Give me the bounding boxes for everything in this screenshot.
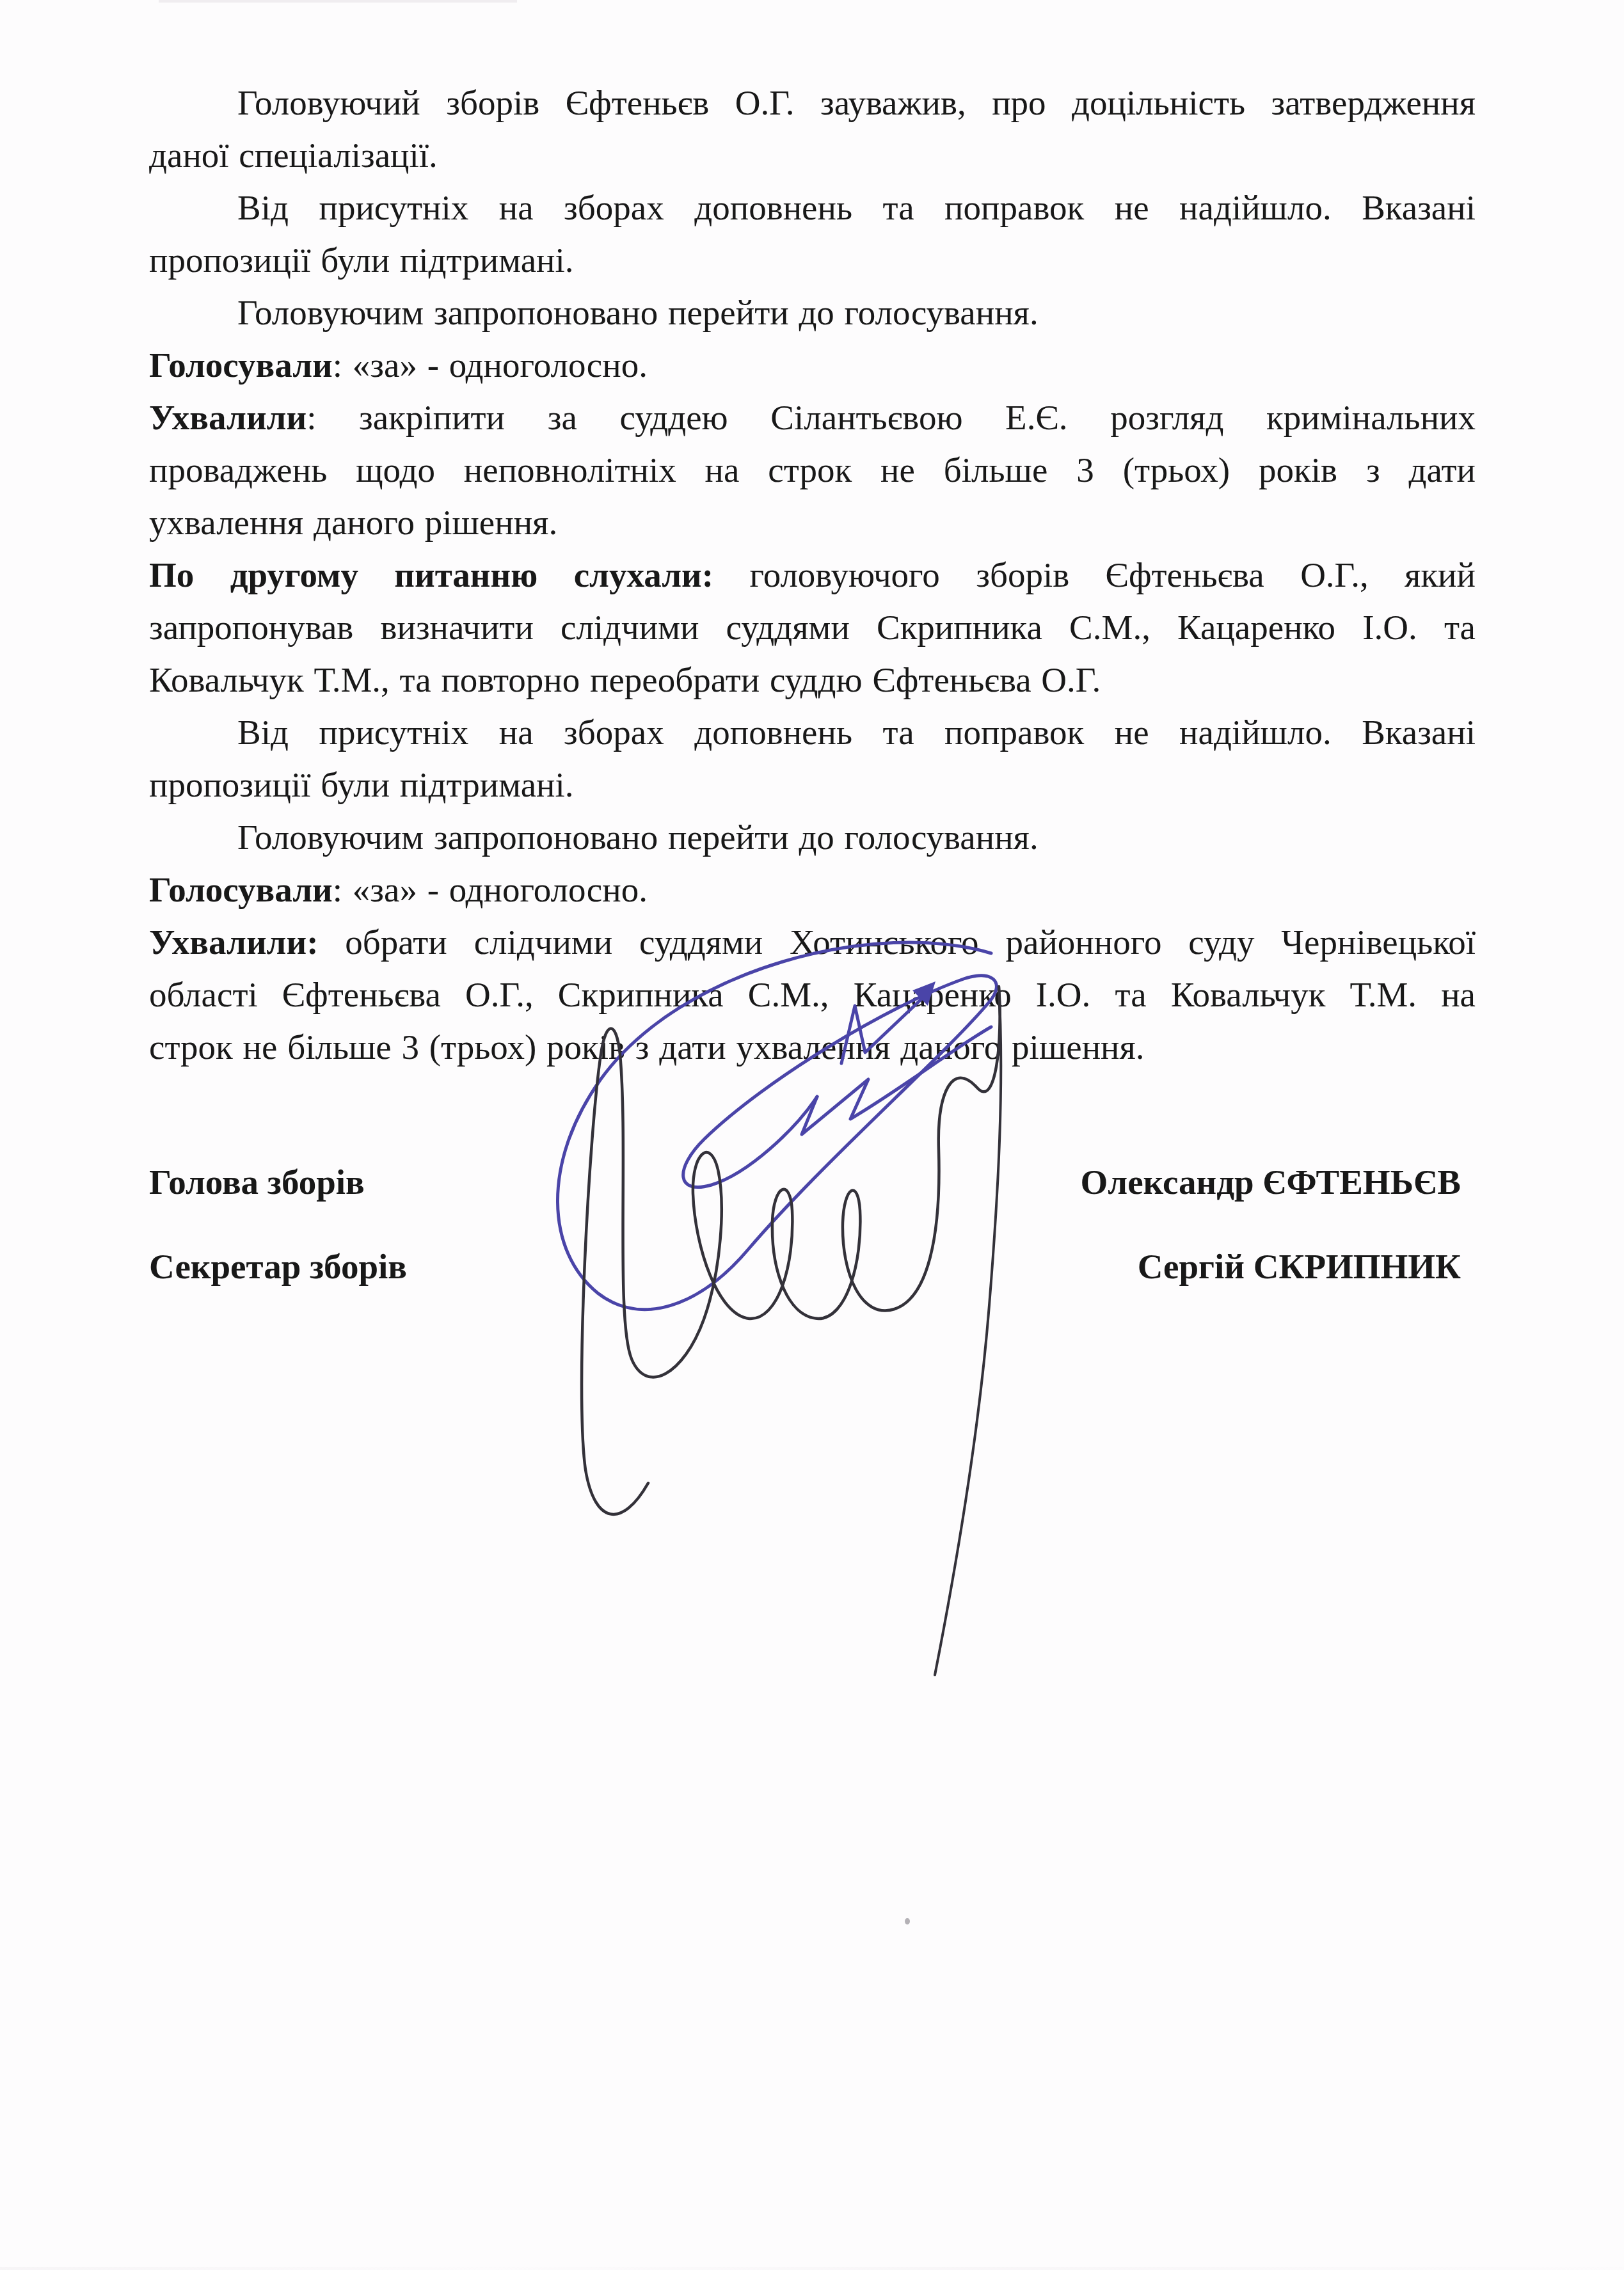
line-text: Головуючим запропоновано перейти до голо… [237, 818, 1039, 857]
line-text: Від присутніх на зборах доповнень та поп… [237, 713, 1476, 752]
line-text: запропонував визначити слідчими суддями … [149, 608, 1476, 647]
signature-stroke-black-tail [935, 987, 1001, 1675]
bold-lead: Ухвалили: [149, 923, 318, 962]
line-text: проваджень щодо неповнолітніх на строк н… [149, 450, 1476, 489]
signature-row-head: Голова зборів Олександр ЄФТЕНЬЄВ [149, 1161, 1461, 1203]
line-text: Ковальчук Т.М., та повторно переобрати с… [149, 660, 1101, 699]
line-text: Головуючий зборів Єфтеньєв О.Г. зауважив… [237, 83, 1476, 122]
line-text: пропозиції були підтримані. [149, 241, 574, 280]
line-text: : «за» - одноголосно. [333, 345, 648, 385]
bold-lead: Ухвалили [149, 398, 306, 437]
text-line: ухвалення даного рішення. [149, 496, 1476, 549]
text-line: пропозиції були підтримані. [149, 759, 1476, 811]
ink-dot-artifact [905, 1918, 910, 1925]
text-line: області Єфтеньєва О.Г., Скрипника С.М., … [149, 969, 1476, 1021]
role-label-secretary: Секретар зборів [149, 1246, 407, 1288]
scanned-document-page: Головуючий зборів Єфтеньєв О.Г. зауважив… [0, 0, 1624, 2270]
role-label-head: Голова зборів [149, 1161, 365, 1203]
text-line: даної спеціалізації. [149, 129, 1476, 182]
text-line: Голосували: «за» - одноголосно. [149, 864, 1476, 916]
line-text: області Єфтеньєва О.Г., Скрипника С.М., … [149, 975, 1476, 1014]
line-text: головуючого зборів Єфтеньєва О.Г., який [713, 555, 1476, 594]
line-text: Головуючим запропоновано перейти до голо… [237, 293, 1039, 332]
text-line: строк не більше 3 (трьох) років з дати у… [149, 1021, 1476, 1074]
text-line: По другому питанню слухали: головуючого … [149, 549, 1476, 601]
text-line: Головуючим запропоновано перейти до голо… [149, 287, 1476, 339]
line-text: даної спеціалізації. [149, 136, 438, 175]
line-text: обрати слідчими суддями Хотинського райо… [318, 923, 1476, 962]
protocol-text-block: Головуючий зборів Єфтеньєв О.Г. зауважив… [149, 77, 1476, 1074]
text-line: Від присутніх на зборах доповнень та поп… [149, 182, 1476, 234]
line-text: ухвалення даного рішення. [149, 503, 557, 542]
text-line: Головуючим запропоновано перейти до голо… [149, 811, 1476, 864]
name-label-secretary: Сергій СКРИПНИК [1138, 1246, 1461, 1288]
text-line: Ухвалили: закріпити за суддею Сілантьєво… [149, 392, 1476, 444]
line-text: пропозиції були підтримані. [149, 765, 574, 804]
line-text: Від присутніх на зборах доповнень та поп… [237, 188, 1476, 227]
text-line: запропонував визначити слідчими суддями … [149, 601, 1476, 654]
text-line: Від присутніх на зборах доповнень та поп… [149, 706, 1476, 759]
signature-row-secretary: Секретар зборів Сергій СКРИПНИК [149, 1246, 1461, 1288]
text-line: проваджень щодо неповнолітніх на строк н… [149, 444, 1476, 496]
text-line: Голосували: «за» - одноголосно. [149, 339, 1476, 392]
text-line: пропозиції були підтримані. [149, 234, 1476, 287]
bold-lead: Голосували [149, 870, 333, 909]
text-line: Головуючий зборів Єфтеньєв О.Г. зауважив… [149, 77, 1476, 129]
scan-artifact [159, 0, 517, 3]
name-label-head: Олександр ЄФТЕНЬЄВ [1081, 1161, 1461, 1203]
bold-lead: Голосували [149, 345, 333, 385]
text-line: Ковальчук Т.М., та повторно переобрати с… [149, 654, 1476, 706]
bold-lead: По другому питанню слухали: [149, 555, 713, 594]
scan-artifact [0, 2267, 1624, 2270]
line-text: : «за» - одноголосно. [333, 870, 648, 909]
line-text: строк не більше 3 (трьох) років з дати у… [149, 1028, 1145, 1067]
line-text: : закріпити за суддею Сілантьєвою Е.Є. р… [306, 398, 1476, 437]
text-line: Ухвалили: обрати слідчими суддями Хотинс… [149, 916, 1476, 969]
